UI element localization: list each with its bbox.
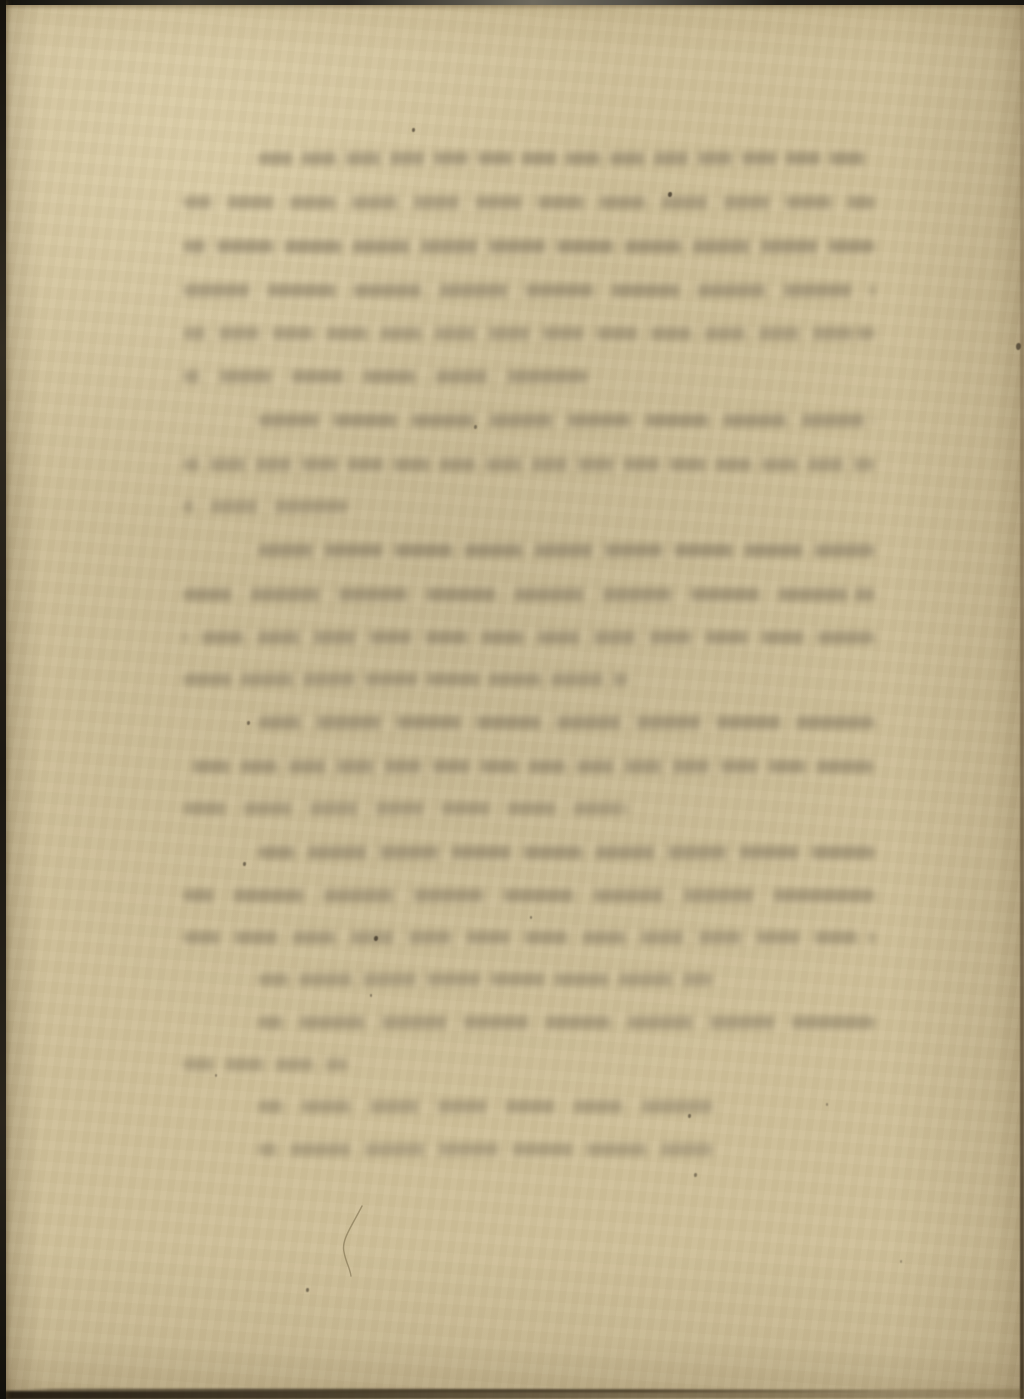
ghost-text-line: [258, 1100, 713, 1113]
ghost-text-line: [183, 284, 875, 297]
ghost-text-line: [258, 846, 875, 859]
ghost-text-line: [183, 240, 875, 253]
ghost-text-line: [183, 327, 875, 340]
ghost-text-line: [183, 673, 628, 686]
page-right-edge-shadow: [1020, 0, 1024, 1399]
ghost-text-line: [183, 588, 875, 601]
ghost-text-line: [258, 544, 875, 557]
faded-bleedthrough-text-block: [0, 0, 1024, 1399]
scan-border-top: [0, 0, 1024, 5]
scanned-page: [0, 0, 1024, 1399]
ghost-text-line: [183, 196, 875, 209]
scan-border-left: [0, 0, 6, 1399]
ghost-text-line: [258, 414, 875, 427]
ghost-text-line: [183, 889, 875, 902]
page-bottom-edge-shadow: [0, 1389, 1024, 1399]
ghost-text-line: [183, 370, 588, 383]
hair-crease-mark: [330, 1195, 370, 1290]
ghost-text-line: [183, 1058, 348, 1071]
ghost-text-line: [183, 631, 875, 644]
ghost-text-line: [258, 1016, 875, 1029]
ghost-text-line: [183, 500, 348, 513]
ghost-text-line: [258, 152, 870, 165]
ghost-text-line: [258, 973, 713, 986]
ghost-text-line: [183, 931, 875, 944]
ghost-text-line: [183, 802, 628, 815]
ghost-text-line: [258, 1143, 713, 1156]
ghost-text-line: [183, 760, 875, 773]
ghost-text-line: [258, 716, 875, 729]
ghost-text-line: [183, 458, 875, 471]
